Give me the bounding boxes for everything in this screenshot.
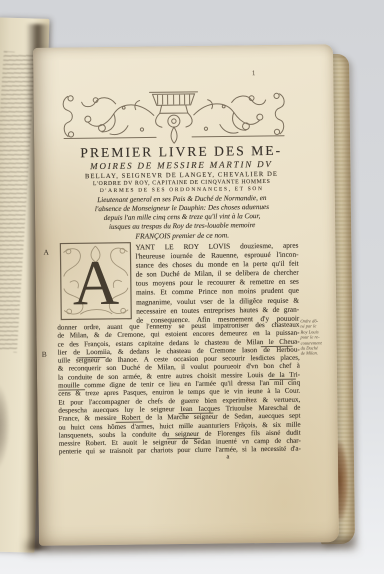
book-page: 1 (33, 44, 339, 546)
margin-letter-b: B (42, 350, 47, 359)
signature-mark: a (208, 453, 248, 460)
headpiece-ornament-icon (57, 84, 290, 149)
marginal-note-line: de Milan. (301, 351, 336, 357)
body-indented-lines: YANT LE ROY LOVIS douziesme, apresl'heur… (135, 241, 299, 325)
body-text-line: penterie qui se traisnoit par chariots p… (59, 445, 301, 456)
margin-letter-a: A (43, 248, 49, 257)
title-line-10: FRANÇOIS premier de ce nom. (49, 229, 315, 241)
svg-text:A: A (72, 247, 119, 319)
facing-page-emblem-blur (0, 383, 11, 472)
body-full-lines: donner ordre, auant que l'ennemy se peus… (57, 321, 301, 457)
marginal-note: Ordre dõ-né par leRoy Louispour le re-co… (300, 318, 335, 356)
drop-cap-initial-A-icon: A (59, 242, 132, 321)
page-number: 1 (33, 69, 255, 80)
